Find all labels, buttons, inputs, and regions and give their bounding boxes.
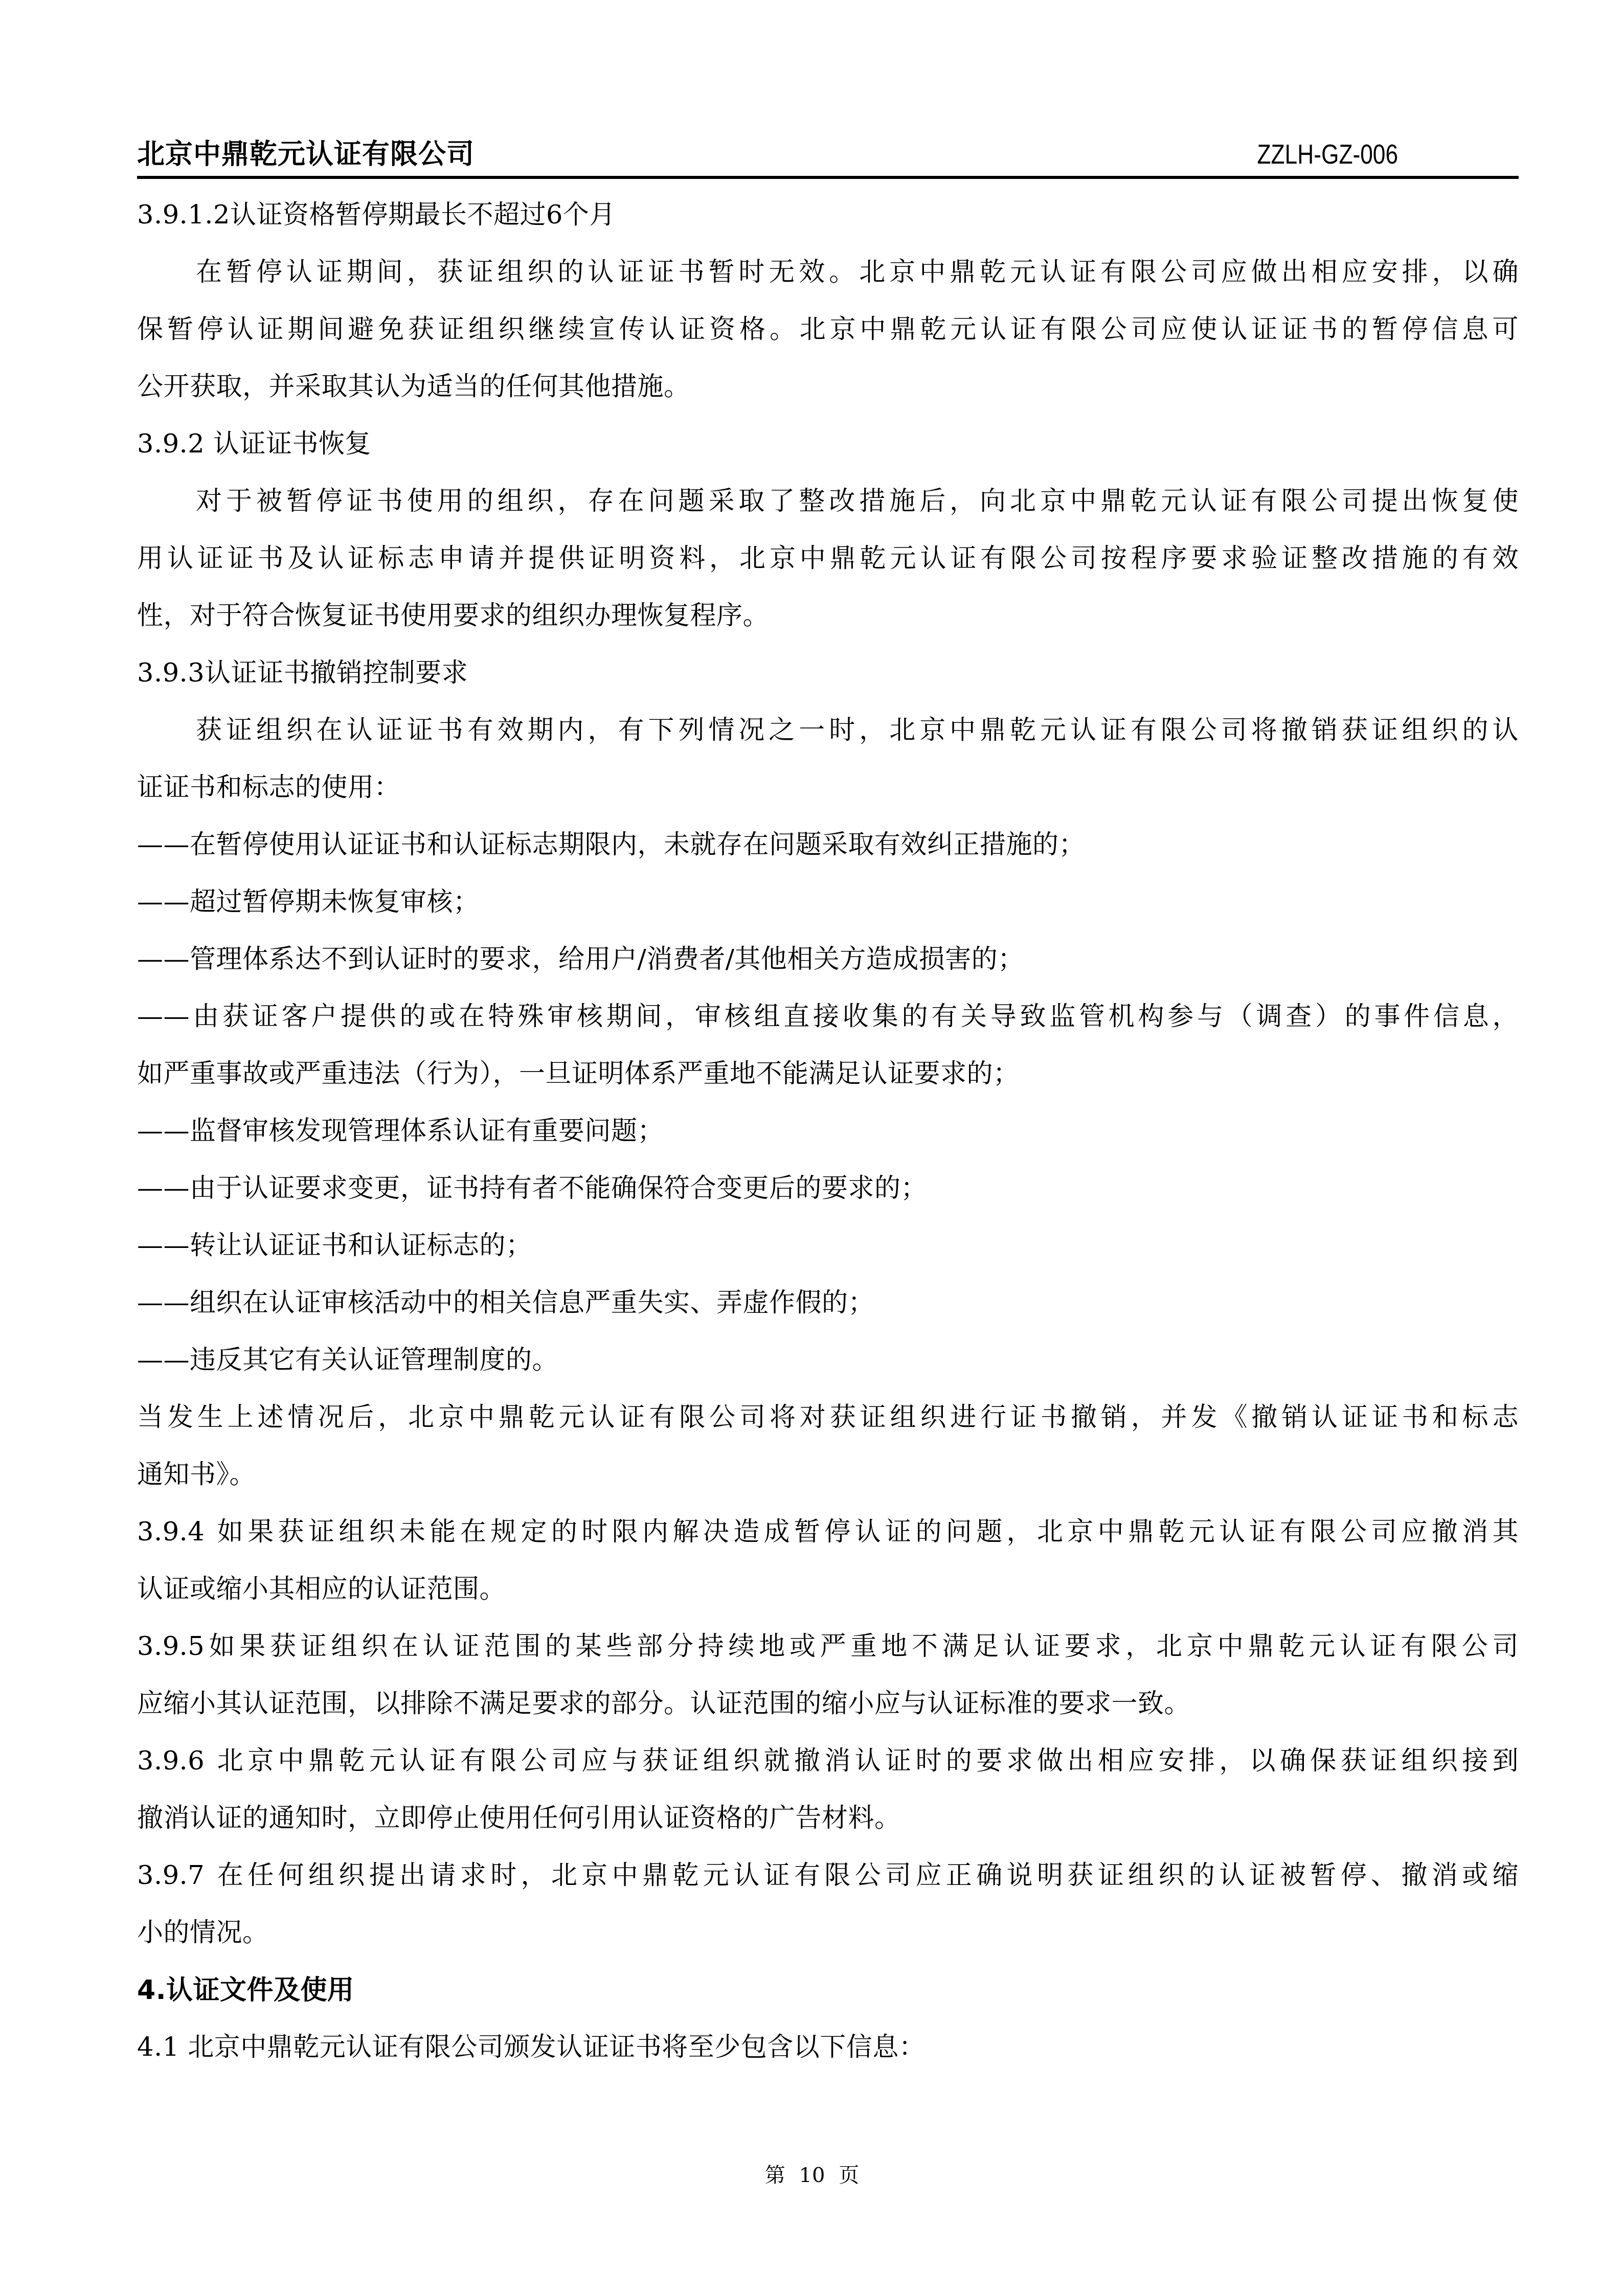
section-heading-3-9-1-2: 3.9.1.2认证资格暂停期最长不超过6个月 <box>137 187 1519 244</box>
section-heading-4: 4.认证文件及使用 <box>137 1962 1519 2019</box>
list-item: ——监督审核发现管理体系认证有重要问题； <box>137 1103 1519 1160</box>
paragraph-line: 用认证证书及认证标志申请并提供证明资料，北京中鼎乾元认证有限公司按程序要求验证整… <box>137 530 1519 587</box>
list-item: ——由获证客户提供的或在特殊审核期间，审核组直接收集的有关导致监管机构参与（调查… <box>137 988 1519 1045</box>
header-company-name: 北京中鼎乾元认证有限公司 <box>137 134 475 175</box>
list-item: ——由于认证要求变更，证书持有者不能确保符合变更后的要求的； <box>137 1160 1519 1217</box>
section-3-9-7: 3.9.7 在任何组织提出请求时，北京中鼎乾元认证有限公司应正确说明获证组织的认… <box>137 1847 1519 1904</box>
document-body: 3.9.1.2认证资格暂停期最长不超过6个月 在暂停认证期间，获证组织的认证证书… <box>137 187 1519 2076</box>
list-item-continuation: 如严重事故或严重违法（行为），一旦证明体系严重地不能满足认证要求的； <box>137 1045 1519 1103</box>
paragraph-line: 撤消认证的通知时，立即停止使用任何引用认证资格的广告材料。 <box>137 1790 1519 1847</box>
paragraph-line: 应缩小其认证范围，以排除不满足要求的部分。认证范围的缩小应与认证标准的要求一致。 <box>137 1675 1519 1733</box>
list-item: ——在暂停使用认证证书和认证标志期限内，未就存在问题采取有效纠正措施的； <box>137 816 1519 874</box>
header-document-code: ZZLH-GZ-006 <box>1257 134 1398 175</box>
paragraph-line: 保暂停认证期间避免获证组织继续宣传认证资格。北京中鼎乾元认证有限公司应使认证证书… <box>137 301 1519 358</box>
section-3-9-5: 3.9.5如果获证组织在认证范围的某些部分持续地或严重地不满足认证要求，北京中鼎… <box>137 1618 1519 1675</box>
list-item: ——组织在认证审核活动中的相关信息严重失实、弄虚作假的； <box>137 1275 1519 1332</box>
list-item: ——超过暂停期未恢复审核； <box>137 874 1519 931</box>
section-4-1: 4.1 北京中鼎乾元认证有限公司颁发认证证书将至少包含以下信息： <box>137 2019 1519 2076</box>
section-heading-3-9-3: 3.9.3认证证书撤销控制要求 <box>137 645 1519 702</box>
section-3-9-4: 3.9.4 如果获证组织未能在规定的时限内解决造成暂停认证的问题，北京中鼎乾元认… <box>137 1504 1519 1561</box>
paragraph-line: 通知书》。 <box>137 1446 1519 1504</box>
paragraph-line: 公开获取，并采取其认为适当的任何其他措施。 <box>137 358 1519 416</box>
page-header: 北京中鼎乾元认证有限公司 ZZLH-GZ-006 <box>137 134 1519 175</box>
paragraph-line: 小的情况。 <box>137 1904 1519 1962</box>
paragraph-line: 性，对于符合恢复证书使用要求的组织办理恢复程序。 <box>137 587 1519 645</box>
section-heading-3-9-2: 3.9.2 认证证书恢复 <box>137 416 1519 473</box>
page-number: 第 10 页 <box>0 2160 1624 2191</box>
paragraph-line: 在暂停认证期间，获证组织的认证证书暂时无效。北京中鼎乾元认证有限公司应做出相应安… <box>137 244 1519 301</box>
paragraph-line: 获证组织在认证证书有效期内，有下列情况之一时，北京中鼎乾元认证有限公司将撤销获证… <box>137 702 1519 759</box>
paragraph-line: 认证或缩小其相应的认证范围。 <box>137 1561 1519 1618</box>
document-page: 北京中鼎乾元认证有限公司 ZZLH-GZ-006 3.9.1.2认证资格暂停期最… <box>137 0 1519 2296</box>
list-item: ——转让认证证书和认证标志的； <box>137 1217 1519 1275</box>
list-item: ——管理体系达不到认证时的要求，给用户/消费者/其他相关方造成损害的； <box>137 931 1519 988</box>
list-item: ——违反其它有关认证管理制度的。 <box>137 1332 1519 1389</box>
section-3-9-6: 3.9.6 北京中鼎乾元认证有限公司应与获证组织就撤消认证时的要求做出相应安排，… <box>137 1733 1519 1790</box>
paragraph-line: 对于被暂停证书使用的组织，存在问题采取了整改措施后，向北京中鼎乾元认证有限公司提… <box>137 473 1519 530</box>
paragraph-line: 证证书和标志的使用： <box>137 759 1519 816</box>
paragraph-line: 当发生上述情况后，北京中鼎乾元认证有限公司将对获证组织进行证书撤销，并发《撤销认… <box>137 1389 1519 1446</box>
header-divider <box>137 176 1519 179</box>
